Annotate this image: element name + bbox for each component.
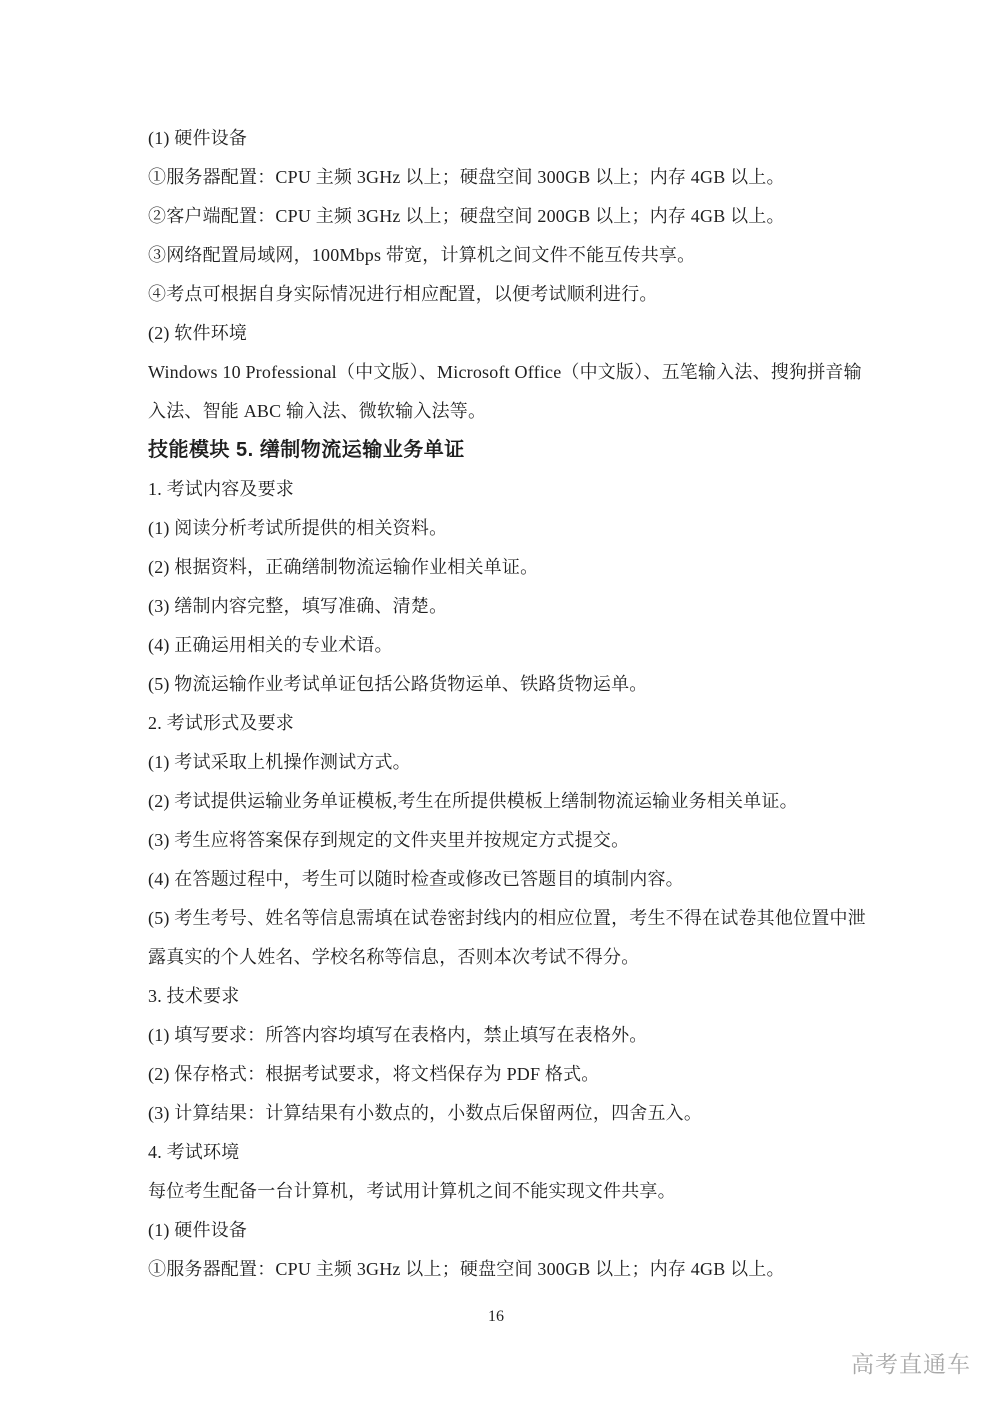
- text-line: 3. 技术要求: [148, 977, 858, 1016]
- text-line: (2) 考试提供运输业务单证模板,考生在所提供模板上缮制物流运输业务相关单证。: [148, 782, 858, 821]
- text-line: (5) 物流运输作业考试单证包括公路货物运单、铁路货物运单。: [148, 665, 858, 704]
- text-line: 1. 考试内容及要求: [148, 470, 858, 509]
- text-line: 2. 考试形式及要求: [148, 704, 858, 743]
- watermark-logo: 高考直通车: [851, 1349, 971, 1379]
- text-line: ②客户端配置：CPU 主频 3GHz 以上；硬盘空间 200GB 以上；内存 4…: [148, 197, 858, 236]
- document-content: (1) 硬件设备①服务器配置：CPU 主频 3GHz 以上；硬盘空间 300GB…: [148, 119, 858, 1289]
- text-line: ④考点可根据自身实际情况进行相应配置，以便考试顺利进行。: [148, 275, 858, 314]
- text-line: 露真实的个人姓名、学校名称等信息，否则本次考试不得分。: [148, 938, 858, 977]
- text-line: (2) 软件环境: [148, 314, 858, 353]
- text-line: (4) 在答题过程中，考生可以随时检查或修改已答题目的填制内容。: [148, 860, 858, 899]
- text-line: 每位考生配备一台计算机，考试用计算机之间不能实现文件共享。: [148, 1172, 858, 1211]
- text-line: (5) 考生考号、姓名等信息需填在试卷密封线内的相应位置，考生不得在试卷其他位置…: [148, 899, 858, 938]
- document-page: (1) 硬件设备①服务器配置：CPU 主频 3GHz 以上；硬盘空间 300GB…: [0, 0, 992, 1403]
- text-line: Windows 10 Professional（中文版）、Microsoft O…: [148, 353, 858, 392]
- text-line: ①服务器配置：CPU 主频 3GHz 以上；硬盘空间 300GB 以上；内存 4…: [148, 158, 858, 197]
- page-number: 16: [0, 1306, 992, 1328]
- text-line: (2) 根据资料，正确缮制物流运输作业相关单证。: [148, 548, 858, 587]
- text-line: ①服务器配置：CPU 主频 3GHz 以上；硬盘空间 300GB 以上；内存 4…: [148, 1250, 858, 1289]
- text-line: (1) 填写要求：所答内容均填写在表格内，禁止填写在表格外。: [148, 1016, 858, 1055]
- text-line: (1) 阅读分析考试所提供的相关资料。: [148, 509, 858, 548]
- text-line: (3) 考生应将答案保存到规定的文件夹里并按规定方式提交。: [148, 821, 858, 860]
- text-line: 入法、智能 ABC 输入法、微软输入法等。: [148, 392, 858, 431]
- text-line: (1) 硬件设备: [148, 119, 858, 158]
- text-line: (2) 保存格式：根据考试要求，将文档保存为 PDF 格式。: [148, 1055, 858, 1094]
- text-line: (4) 正确运用相关的专业术语。: [148, 626, 858, 665]
- text-line: (1) 考试采取上机操作测试方式。: [148, 743, 858, 782]
- text-line: (3) 缮制内容完整，填写准确、清楚。: [148, 587, 858, 626]
- section-heading: 技能模块 5. 缮制物流运输业务单证: [148, 431, 858, 470]
- text-line: 4. 考试环境: [148, 1133, 858, 1172]
- text-line: (1) 硬件设备: [148, 1211, 858, 1250]
- text-line: ③网络配置局域网，100Mbps 带宽，计算机之间文件不能互传共享。: [148, 236, 858, 275]
- text-line: (3) 计算结果：计算结果有小数点的，小数点后保留两位，四舍五入。: [148, 1094, 858, 1133]
